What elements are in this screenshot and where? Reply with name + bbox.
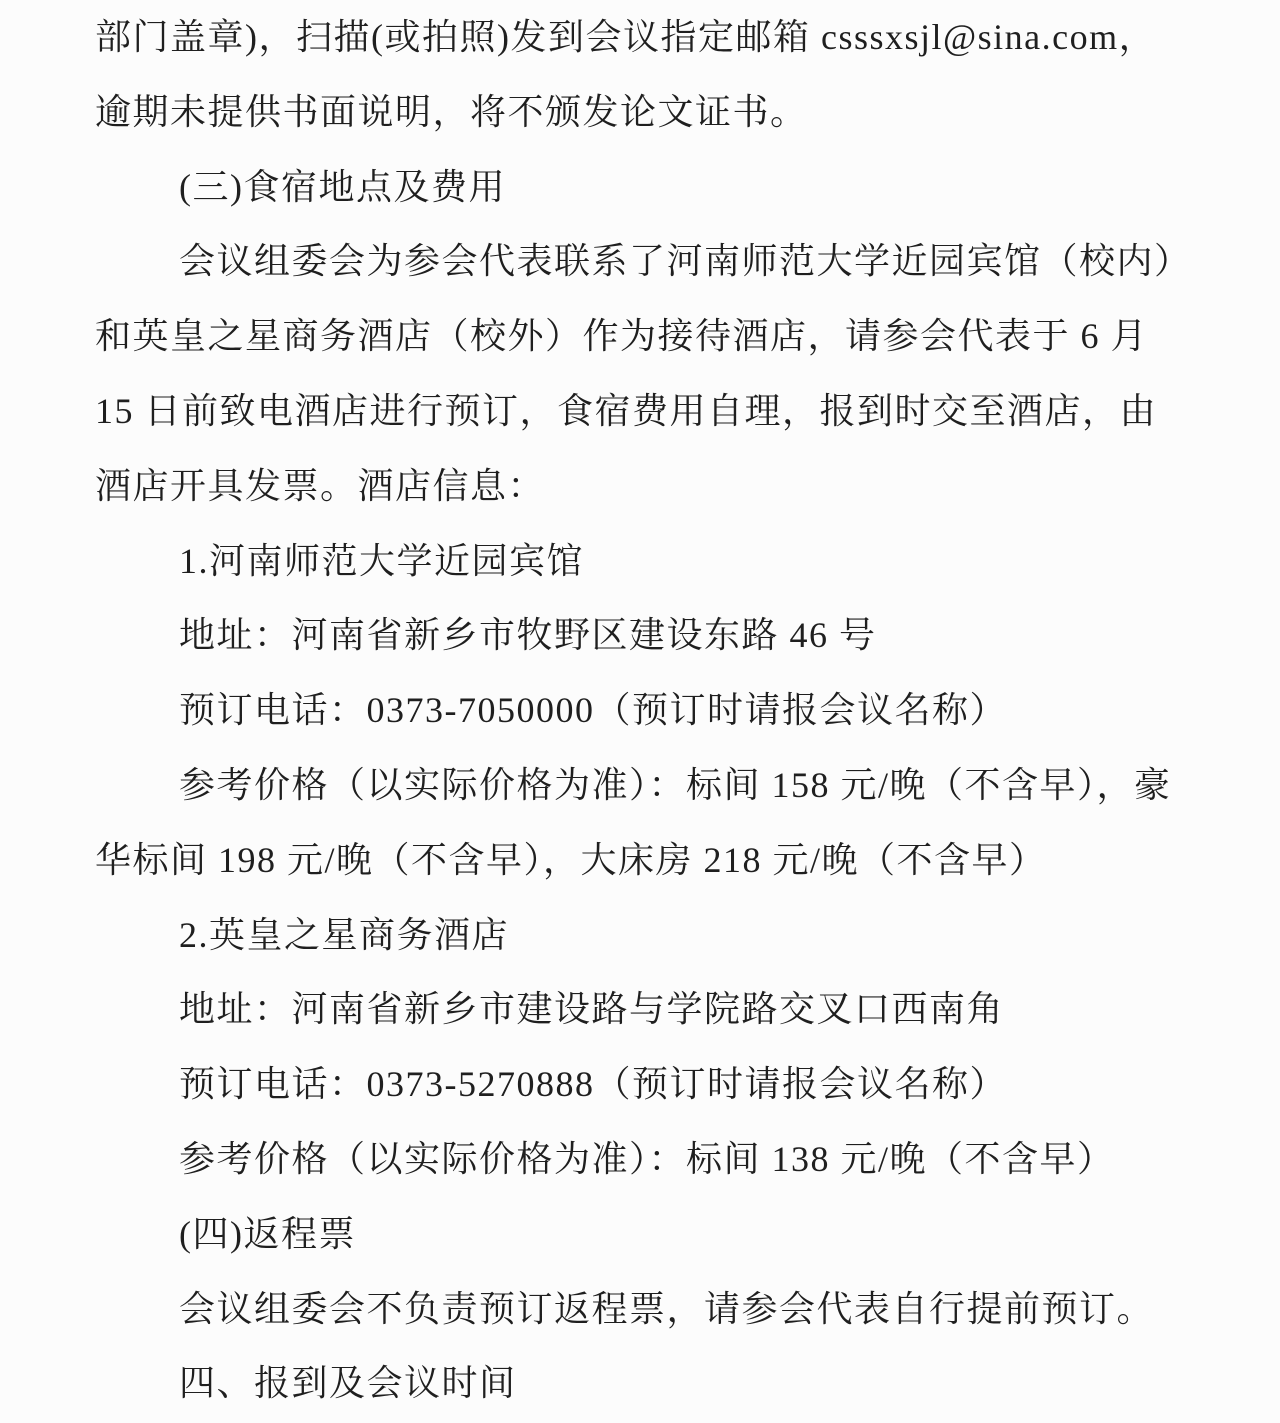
hotel-2-name: 2.英皇之星商务酒店 [95,898,1192,973]
section-heading-major: 四、报到及会议时间 [95,1346,1192,1421]
doc-line-continuation: 逾期未提供书面说明，将不颁发论文证书。 [95,75,1192,150]
hotel-1-phone: 预订电话：0373-7050000（预订时请报会议名称） [95,673,1192,748]
doc-line-continuation: 华标间 198 元/晚（不含早），大床房 218 元/晚（不含早） [95,823,1192,898]
doc-line: 会议组委会为参会代表联系了河南师范大学近园宾馆（校内） [95,224,1192,299]
doc-line-continuation: 酒店开具发票。酒店信息： [95,449,1192,524]
section-heading-4: (四)返程票 [95,1197,1192,1272]
document-page: 部门盖章)，扫描(或拍照)发到会议指定邮箱 csssxsjl@sina.com，… [0,0,1280,1423]
hotel-2-phone: 预订电话：0373-5270888（预订时请报会议名称） [95,1047,1192,1122]
doc-line-continuation: 15 日前致电酒店进行预订，食宿费用自理，报到时交至酒店，由 [95,374,1192,449]
doc-line-continuation: 部门盖章)，扫描(或拍照)发到会议指定邮箱 csssxsjl@sina.com， [95,0,1192,75]
hotel-2-prices: 参考价格（以实际价格为准）：标间 138 元/晚（不含早） [95,1122,1192,1197]
hotel-1-name: 1.河南师范大学近园宾馆 [95,524,1192,599]
hotel-2-address: 地址：河南省新乡市建设路与学院路交叉口西南角 [95,972,1192,1047]
doc-line: 会议组委会不负责预订返程票，请参会代表自行提前预订。 [95,1272,1192,1347]
hotel-1-prices: 参考价格（以实际价格为准）：标间 158 元/晚（不含早），豪 [95,748,1192,823]
doc-line-continuation: 和英皇之星商务酒店（校外）作为接待酒店，请参会代表于 6 月 [95,299,1192,374]
section-heading-3: (三)食宿地点及费用 [95,150,1192,225]
hotel-1-address: 地址：河南省新乡市牧野区建设东路 46 号 [95,598,1192,673]
